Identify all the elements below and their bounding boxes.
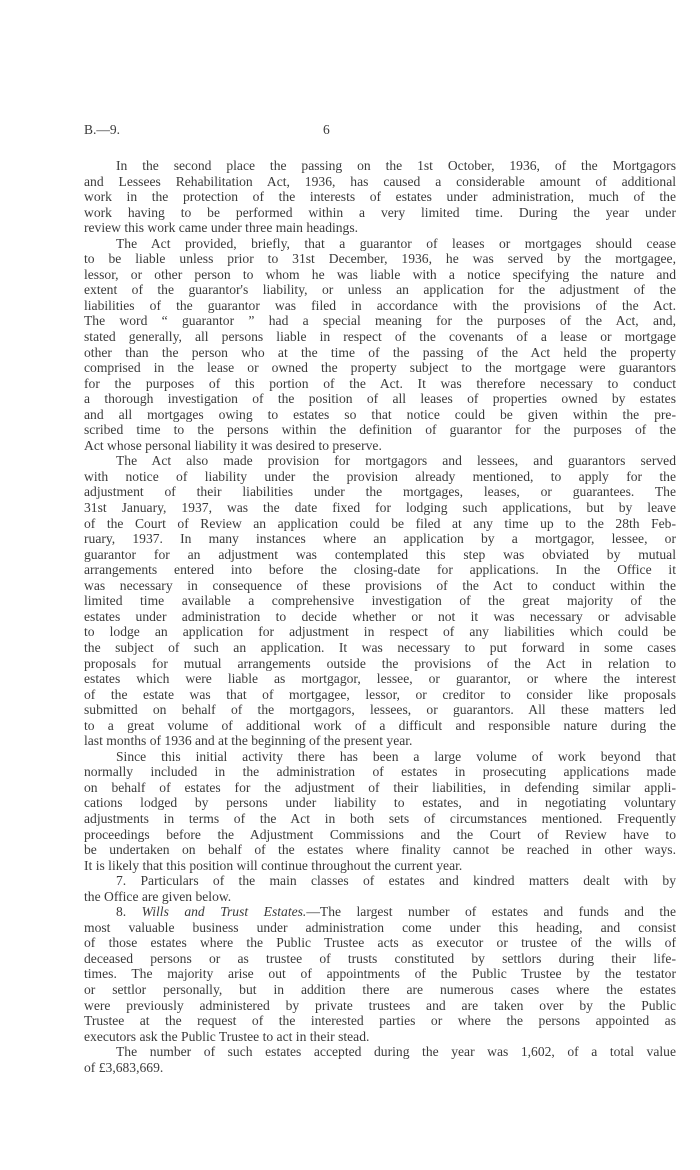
text-line: 8. Wills and Trust Estates.—The largest … [84,904,676,920]
text-line: In the second place the passing on the 1… [84,158,676,174]
text-line: work having to be performed within a ver… [84,205,676,221]
text-line: stated generally, all persons liable in … [84,329,676,345]
text-line: of those estates where the Public Truste… [84,935,676,951]
text-line: on behalf of estates for the adjustment … [84,780,676,796]
paragraph: The Act provided, briefly, that a guaran… [84,236,676,454]
text-line: of £3,683,669. [84,1060,676,1076]
text-line: Trustee at the request of the interested… [84,1013,676,1029]
paragraph: The number of such estates accepted duri… [84,1044,676,1075]
text-line: arrangements entered into before the clo… [84,562,676,578]
text-line: times. The majority arise out of appoint… [84,966,676,982]
paragraph: 8. Wills and Trust Estates.—The largest … [84,904,676,1044]
text-line: with notice of liability under the provi… [84,469,676,485]
text-line: estates which were liable as mortgagor, … [84,671,676,687]
text-line: scribed time to the persons within the d… [84,422,676,438]
text-line: most valuable business under administrat… [84,920,676,936]
text-line: to a great volume of additional work of … [84,718,676,734]
text-line: The word “ guarantor ” had a special mea… [84,313,676,329]
text-line: review this work came under three main h… [84,220,676,236]
text-line: liabilities of the guarantor was filed i… [84,298,676,314]
text-line: limited time available a comprehensive i… [84,593,676,609]
text-line: ruary, 1937. In many instances where an … [84,531,676,547]
text-line: lessor, or other person to whom he was l… [84,267,676,283]
text-line: 31st January, 1937, was the date fixed f… [84,500,676,516]
text-line: extent of the guarantor's liability, or … [84,282,676,298]
text-line: submitted on behalf of the mortgagors, l… [84,702,676,718]
text-line: The Act provided, briefly, that a guaran… [84,236,676,252]
text-line: comprised in the lease or owned the prop… [84,360,676,376]
text-line: a thorough investigation of the position… [84,391,676,407]
text-line: and Lessees Rehabilitation Act, 1936, ha… [84,174,676,190]
text-line: of the estate was that of mortgagee, les… [84,687,676,703]
section-heading: Wills and Trust Estates. [142,904,307,919]
text-line: or settlor personally, but in addition t… [84,982,676,998]
paragraph: In the second place the passing on the 1… [84,158,676,236]
text-line: and all mortgages owing to estates so th… [84,407,676,423]
text-line: proceedings before the Adjustment Commis… [84,827,676,843]
text-line: last months of 1936 and at the beginning… [84,733,676,749]
section-number: 8. [116,904,142,919]
text-line: the Office are given below. [84,889,676,905]
text-line: adjustment of their liabilities under th… [84,484,676,500]
text-line: estates under administration to decide w… [84,609,676,625]
text-line: guarantor for an adjustment was contempl… [84,547,676,563]
section-text: —The largest number of estates and funds… [306,904,676,919]
document-body: In the second place the passing on the 1… [84,158,676,1075]
text-line: to lodge an application for adjustment i… [84,624,676,640]
text-line: be undertaken on behalf of the estates w… [84,842,676,858]
text-line: proposals for mutual arrangements outsid… [84,656,676,672]
text-line: were previously administered by private … [84,998,676,1014]
paragraph: 7. Particulars of the main classes of es… [84,873,676,904]
text-line: Act whose personal liability it was desi… [84,438,676,454]
text-line: to be liable unless prior to 31st Decemb… [84,251,676,267]
text-line: 7. Particulars of the main classes of es… [84,873,676,889]
text-line: executors ask the Public Trustee to act … [84,1029,676,1045]
text-line: was necessary in consequence of these pr… [84,578,676,594]
text-line: adjustments in terms of the Act in both … [84,811,676,827]
text-line: deceased persons or as trustee of trusts… [84,951,676,967]
page-header: B.—9. 6 [84,122,676,138]
text-line: Since this initial activity there has be… [84,749,676,765]
paragraph: Since this initial activity there has be… [84,749,676,873]
text-line: normally included in the administration … [84,764,676,780]
document-code: B.—9. [84,122,120,138]
page-number: 6 [323,122,330,138]
text-line: work in the protection of the interests … [84,189,676,205]
text-line: the subject of such an application. It w… [84,640,676,656]
text-line: other than the person who at the time of… [84,345,676,361]
text-line: of the Court of Review an application co… [84,516,676,532]
text-line: The Act also made provision for mortgago… [84,453,676,469]
text-line: It is likely that this position will con… [84,858,676,874]
text-line: cations lodged by persons under liabilit… [84,795,676,811]
text-line: for the purposes of this portion of the … [84,376,676,392]
document-page: B.—9. 6 In the second place the passing … [0,0,700,1170]
paragraph: The Act also made provision for mortgago… [84,453,676,748]
text-line: The number of such estates accepted duri… [84,1044,676,1060]
